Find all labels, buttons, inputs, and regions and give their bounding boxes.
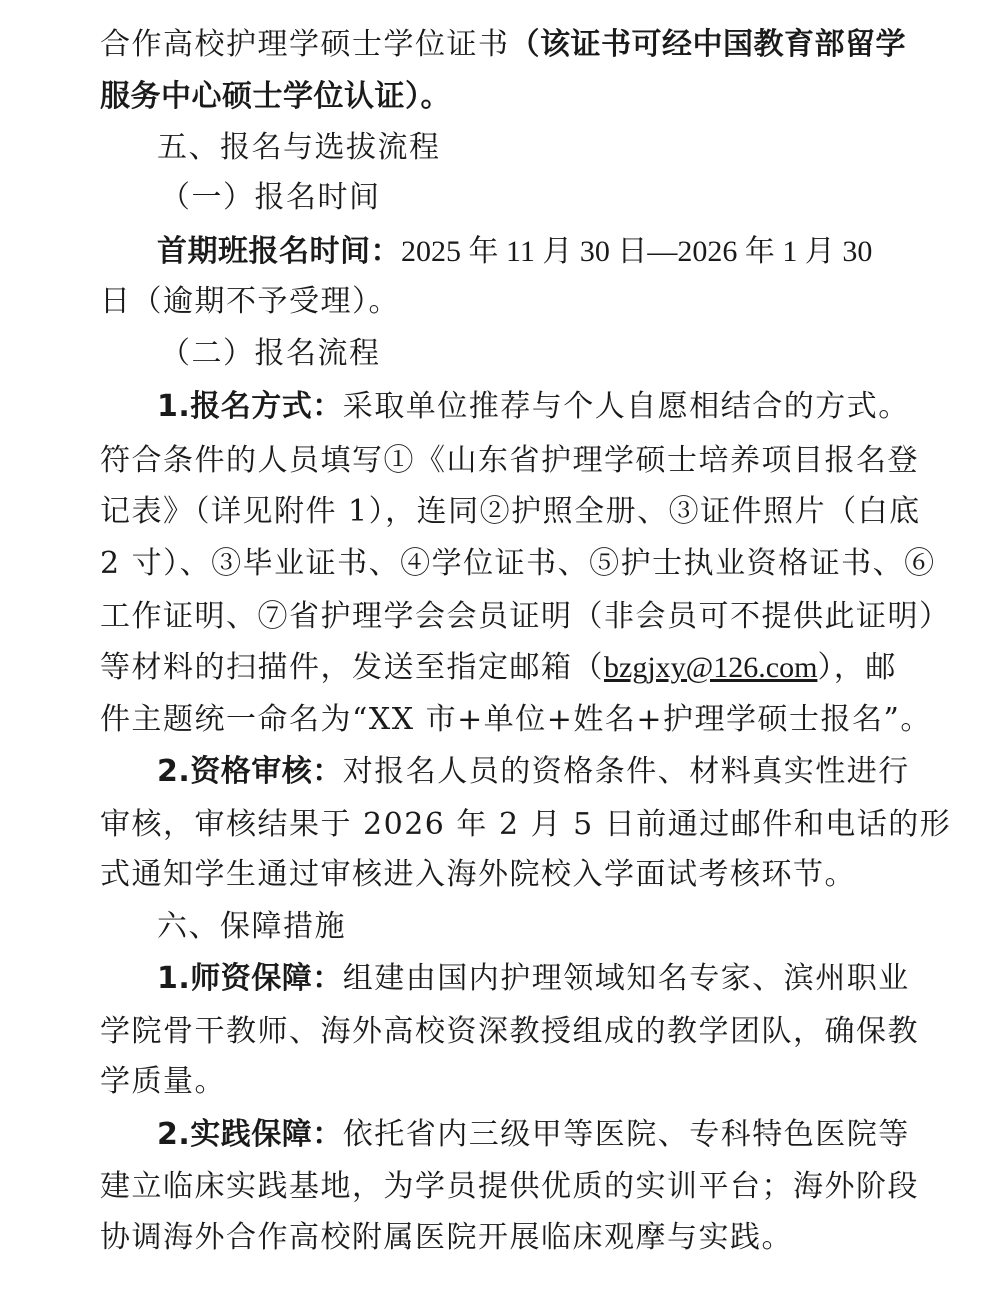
text-line: 2.资格审核：对报名人员的资格条件、材料真实性进行 — [157, 754, 927, 790]
text-line: 学质量。 — [100, 1064, 870, 1100]
subsection-heading-registration-time: （一）报名时间 — [160, 180, 930, 216]
subsection-heading-registration-process: （二）报名流程 — [160, 336, 930, 372]
certificate-note-bold: （该证书可经中国教育部留学 — [510, 27, 907, 62]
text-line: 工作证明、⑦省护理学会会员证明（非会员可不提供此证明） — [100, 599, 870, 635]
registration-method-text: 采取单位推荐与个人自愿相结合的方式。 — [343, 389, 910, 424]
text-line: 合作高校护理学硕士学位证书（该证书可经中国教育部留学 — [100, 27, 870, 63]
registration-time-label: 首期班报名时间： — [157, 234, 401, 269]
registration-time-value: 2025 年 11 月 30 日—2026 年 1 月 30 — [401, 235, 872, 268]
qualification-review-text: 对报名人员的资格条件、材料真实性进行 — [343, 754, 910, 789]
text-line: 1.师资保障：组建由国内护理领域知名专家、滨州职业 — [157, 961, 927, 997]
text-line: 学院骨干教师、海外高校资深教授组成的教学团队，确保教 — [100, 1014, 870, 1050]
text-line: 服务中心硕士学位认证）。 — [100, 79, 870, 115]
practice-guarantee-label: 2.实践保障： — [157, 1117, 343, 1152]
text-line: 符合条件的人员填写①《山东省护理学硕士培养项目报名登 — [100, 443, 870, 479]
text-line: 协调海外合作高校附属医院开展临床观摩与实践。 — [100, 1220, 870, 1256]
email-link[interactable]: bzgjxy@126.com — [604, 651, 817, 684]
text-line: 1.报名方式：采取单位推荐与个人自愿相结合的方式。 — [157, 389, 927, 425]
email-line-text: 等材料的扫描件，发送至指定邮箱（ — [100, 650, 604, 685]
text-line: 首期班报名时间：2025 年 11 月 30 日—2026 年 1 月 30 — [157, 234, 927, 270]
registration-method-label: 1.报名方式： — [157, 389, 343, 424]
text-line: 审核，审核结果于 2026 年 2 月 5 日前通过邮件和电话的形 — [100, 807, 870, 843]
email-line-text: ），邮 — [817, 650, 897, 685]
practice-guarantee-text: 依托省内三级甲等医院、专科特色医院等 — [343, 1117, 910, 1152]
document-page: 合作高校护理学硕士学位证书（该证书可经中国教育部留学 服务中心硕士学位认证）。 … — [0, 0, 984, 1300]
qualification-review-label: 2.资格审核： — [157, 754, 343, 789]
text-line: 记表》（详见附件 1），连同②护照全册、③证件照片（白底 — [100, 494, 870, 530]
text-line: 建立临床实践基地，为学员提供优质的实训平台；海外阶段 — [100, 1169, 870, 1205]
text-line: 件主题统一命名为“XX 市+单位+姓名+护理学硕士报名”。 — [100, 702, 870, 738]
certificate-text: 合作高校护理学硕士学位证书 — [100, 27, 510, 62]
text-line: 式通知学生通过审核进入海外院校入学面试考核环节。 — [100, 857, 870, 893]
text-line: 日（逾期不予受理）。 — [100, 284, 870, 320]
text-line: 2 寸）、③毕业证书、④学位证书、⑤护士执业资格证书、⑥ — [100, 546, 870, 582]
faculty-guarantee-text: 组建由国内护理领域知名专家、滨州职业 — [343, 961, 910, 996]
certificate-note-bold: 服务中心硕士学位认证）。 — [100, 79, 451, 114]
section-heading-6: 六、保障措施 — [157, 909, 927, 945]
section-heading-5: 五、报名与选拔流程 — [157, 130, 927, 166]
faculty-guarantee-label: 1.师资保障： — [157, 961, 343, 996]
text-line: 2.实践保障：依托省内三级甲等医院、专科特色医院等 — [157, 1117, 927, 1153]
text-line: 等材料的扫描件，发送至指定邮箱（bzgjxy@126.com），邮 — [100, 650, 870, 686]
